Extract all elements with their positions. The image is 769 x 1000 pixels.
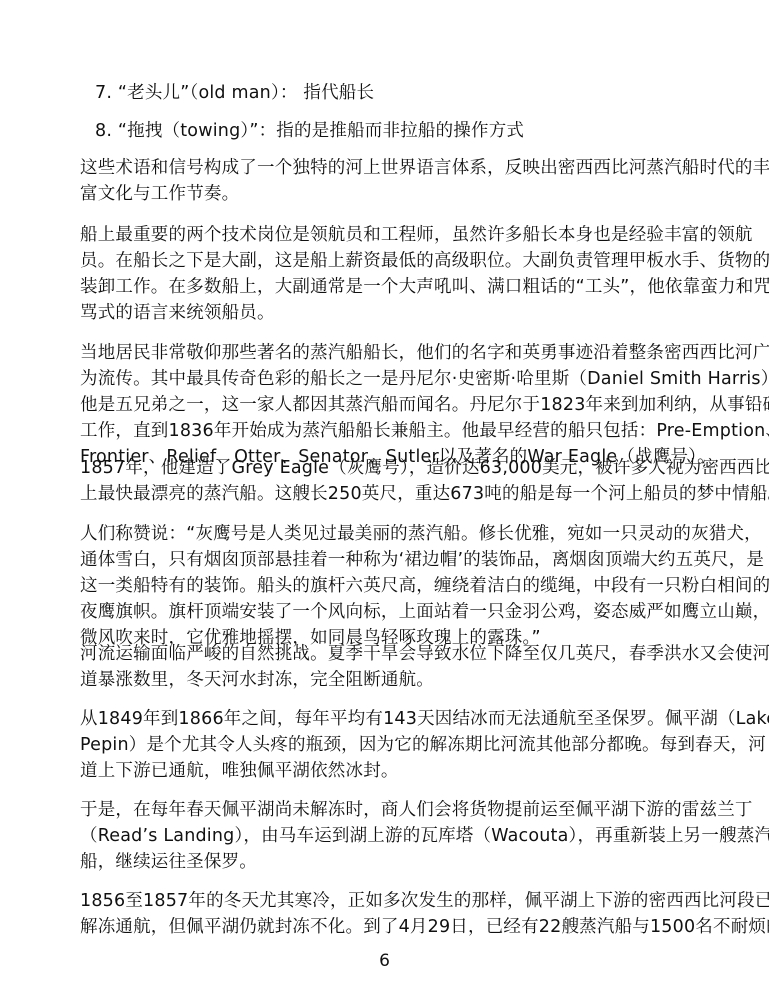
paragraph-line: Pepin）是个尤其令人头疼的瓶颈，因为它的解冻期比河流其他部分都晚。每到春天，… bbox=[80, 732, 766, 758]
paragraph-line: 这些术语和信号构成了一个独特的河上世界语言体系，反映出密西西比河蒸汽船时代的丰 bbox=[80, 155, 769, 181]
paragraph-line: 员。在船长之下是大副，这是船上薪资最低的高级职位。大副负责管理甲板水手、货物的 bbox=[80, 248, 769, 274]
paragraph-line: 这一类船特有的装饰。船头的旗杆六英尺高，缠绕着洁白的缆绳，中段有一只粉白相间的 bbox=[80, 573, 769, 599]
paragraph-line: 船，继续运往圣保罗。 bbox=[80, 849, 257, 875]
page-number: 6 bbox=[0, 950, 769, 972]
list-item-8: 8. “拖拽（towing）”：指的是推船而非拉船的操作方式 bbox=[95, 118, 524, 144]
paragraph-line: 船上最重要的两个技术岗位是领航员和工程师，虽然许多船长本身也是经验丰富的领航 bbox=[80, 222, 753, 248]
paragraph-line: 1856至1857年的冬天尤其寒冷，正如多次发生的那样，佩平湖上下游的密西西比河… bbox=[80, 888, 769, 914]
paragraph-line: 人们称赞说：“灰鹰号是人类见过最美丽的蒸汽船。修长优雅，宛如一只灵动的灰猎犬， bbox=[80, 521, 762, 547]
paragraph-line: 装卸工作。在多数船上，大副通常是一个大声吼叫、满口粗话的“工头”，他依靠蛮力和咒 bbox=[80, 274, 769, 300]
paragraph-line: 解冻通航，但佩平湖仍就封冻不化。到了4月29日，已经有22艘蒸汽船与1500名不… bbox=[80, 914, 769, 940]
paragraph-line: 当地居民非常敬仰那些著名的蒸汽船船长，他们的名字和英勇事迹沿着整条密西西比河广 bbox=[80, 340, 769, 366]
list-number: 8. bbox=[95, 121, 112, 141]
list-text: “拖拽（towing）”：指的是推船而非拉船的操作方式 bbox=[118, 121, 524, 141]
paragraph-line: 为流传。其中最具传奇色彩的船长之一是丹尼尔·史密斯·哈里斯（Daniel Smi… bbox=[80, 366, 769, 392]
paragraph-line: 他是五兄弟之一，这一家人都因其蒸汽船而闻名。丹尼尔于1823年来到加利纳，从事铅… bbox=[80, 392, 769, 418]
paragraph-line: 道暴涨数里，冬天河水封冻，完全阻断通航。 bbox=[80, 667, 434, 693]
paragraph-line: 夜鹰旗帜。旗杆顶端安装了一个风向标，上面站着一只金羽公鸡，姿态威严如鹰立山巅， bbox=[80, 599, 769, 625]
paragraph-line: 河流运输面临严峻的自然挑战。夏季干旱会导致水位下降至仅几英尺，春季洪水又会使河 bbox=[80, 641, 769, 667]
paragraph-line: 通体雪白，只有烟囱顶部悬挂着一种称为‘裙边帽’的装饰品，离烟囱顶端大约五英尺，是 bbox=[80, 547, 764, 573]
paragraph-line: 富文化与工作节奏。 bbox=[80, 181, 239, 207]
paragraph-line: 上最快最漂亮的蒸汽船。这艘长250英尺，重达673吨的船是每一个河上船员的梦中情… bbox=[80, 481, 769, 507]
paragraph-line: （Read’s Landing），由马车运到湖上游的瓦库塔（Wacouta），再… bbox=[80, 823, 769, 849]
paragraph-line: 工作，直到1836年开始成为蒸汽船船长兼船主。他最早经营的船只包括：Pre-Em… bbox=[80, 418, 769, 444]
paragraph-line: 1857年，他建造了Grey Eagle（灰鹰号），造价达63,000美元，被许… bbox=[80, 455, 769, 481]
list-text: “老头儿”（old man）： 指代船长 bbox=[118, 83, 374, 103]
paragraph-line: 于是，在每年春天佩平湖尚未解冻时，商人们会将货物提前运至佩平湖下游的雷兹兰丁 bbox=[80, 797, 753, 823]
paragraph-line: 骂式的语言来统领船员。 bbox=[80, 300, 275, 326]
list-item-7: 7. “老头儿”（old man）： 指代船长 bbox=[95, 80, 374, 106]
paragraph-line: 道上下游已通航，唯独佩平湖依然冰封。 bbox=[80, 758, 399, 784]
paragraph-line: 从1849年到1866年之间，每年平均有143天因结冰而无法通航至圣保罗。佩平湖… bbox=[80, 706, 769, 732]
list-number: 7. bbox=[95, 83, 112, 103]
